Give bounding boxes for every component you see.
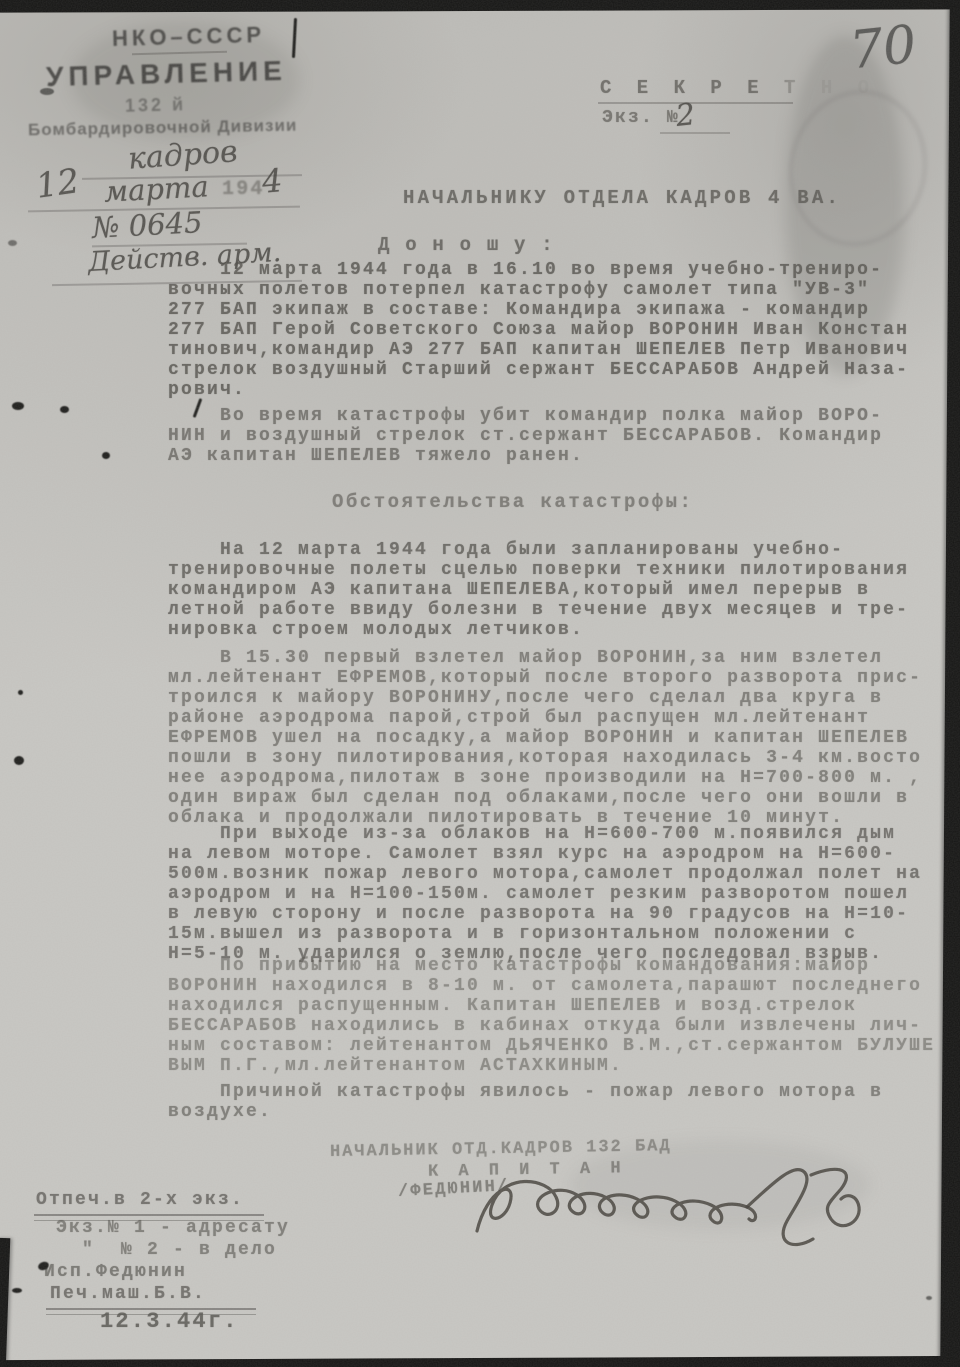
ink-speck	[18, 690, 23, 695]
stamp-divider	[132, 51, 227, 55]
scanned-document-page: НКО–СССР УПРАВЛЕНИЕ 132 й Бомбардировочн…	[0, 0, 960, 1367]
ink-speck	[40, 88, 54, 95]
pen-stroke	[292, 18, 297, 58]
hw-number: № 0645	[91, 205, 203, 245]
report-salutation: Д о н о ш у :	[378, 235, 555, 255]
footer-executor: Исп.Федюнин	[44, 1262, 187, 1282]
ink-speck	[12, 402, 24, 410]
scan-edge-bottom	[0, 1356, 960, 1367]
paragraph-7: Причиной катастрофы явилось - пожар лево…	[168, 1082, 958, 1122]
ink-speck	[926, 1296, 932, 1300]
stamp-year: 194	[222, 180, 265, 200]
paragraph-3: На 12 марта 1944 года были запланированы…	[168, 540, 958, 640]
hw-date-year-digit: 4	[260, 161, 284, 201]
stamp-org-line3: 132 й	[125, 94, 187, 117]
scan-edge-left-bottom	[0, 1238, 10, 1367]
hw-copy-number: 2	[674, 97, 697, 134]
section-title: Обстоятельства катастрофы:	[332, 492, 693, 512]
copy-number-underline	[660, 132, 730, 134]
copy-number-label: Экз. №	[602, 108, 680, 128]
paragraph-6: По прибытию на место катастрофы командов…	[168, 956, 960, 1076]
footer-copy1: Экз.№ 1 - адресату	[56, 1218, 290, 1238]
classification-underline	[598, 102, 793, 104]
stamp-org-line1: НКО–СССР	[112, 22, 266, 52]
ghost-round-stamp	[775, 78, 940, 259]
footer-date: 12.3.44г.	[100, 1312, 239, 1332]
stamp-org-line4: Бомбардировочной Дивизии	[28, 116, 298, 141]
ink-speck	[8, 240, 17, 246]
paragraph-5: При выходе из-за облаков на Н=600-700 м.…	[168, 824, 958, 964]
hw-page-number: 70	[847, 15, 919, 82]
paragraph-2: Во время катастрофы убит командир полка …	[168, 406, 958, 466]
ink-speck	[60, 406, 69, 413]
addressee-heading: НАЧАЛЬНИКУ ОТДЕЛА КАДРОВ 4 ВА.	[403, 188, 841, 208]
footer-typist: Печ.маш.Б.В.	[50, 1284, 206, 1304]
scan-edge-top	[0, 0, 960, 13]
handwritten-signature	[455, 1145, 885, 1275]
ink-speck	[102, 452, 110, 459]
paragraph-4: В 15.30 первый взлетел майор ВОРОНИН,за …	[168, 648, 960, 828]
footer-copies: Отпеч.в 2-х экз.	[36, 1190, 244, 1210]
hw-date-day: 12	[33, 161, 81, 207]
stamp-org-line2: УПРАВЛЕНИЕ	[46, 55, 288, 93]
classification-label: С Е К Р Е Т Н О	[600, 78, 876, 98]
paragraph-1: 12 марта 1944 года в 16.10 во время учеб…	[168, 260, 958, 400]
hw-date-month: марта	[103, 169, 209, 208]
footer-copy2: " № 2 - в дело	[56, 1240, 277, 1260]
ink-speck	[14, 756, 24, 765]
ink-speck	[12, 1288, 22, 1293]
